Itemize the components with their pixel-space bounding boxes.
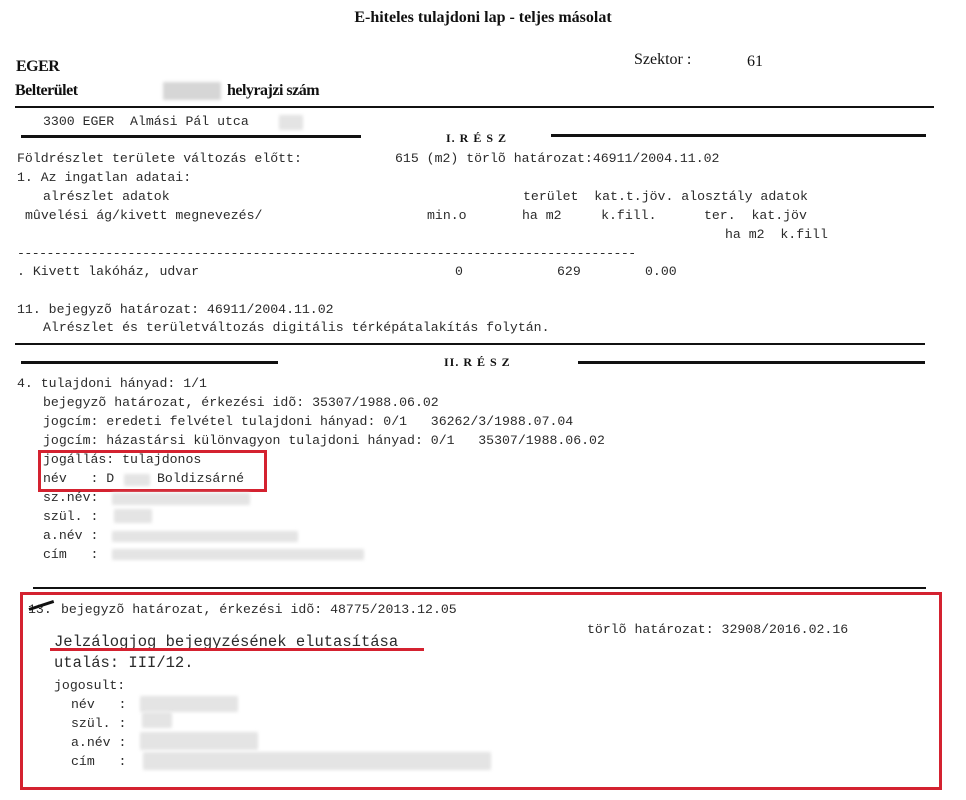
beneficiary-mother-label: a.név : — [71, 735, 126, 750]
row-k-fill: 0.00 — [645, 264, 677, 279]
heading-underline — [50, 648, 424, 651]
part1-title: I. R É S Z — [446, 131, 507, 146]
part1-rule-left — [21, 135, 361, 138]
part1-entry-line: 11. bejegyzõ határozat: 46911/2004.11.02 — [17, 302, 334, 317]
birth-label: szül. : — [43, 509, 98, 524]
beneficiary-label: jogosult: — [54, 678, 125, 693]
part2-title: II. R É S Z — [444, 355, 511, 370]
mortgage-entry: bejegyzõ határozat, érkezési idõ: 48775/… — [61, 602, 457, 617]
legal-title-2: jogcím: házastársi különvagyon tulajdoni… — [43, 433, 605, 448]
part1-bottom-divider — [15, 343, 925, 345]
redacted-house-number — [279, 115, 303, 130]
deletion-resolution: törlõ határozat: 32908/2016.02.16 — [587, 622, 848, 637]
owner-name-value: Boldizsárné — [157, 471, 244, 486]
legal-status: jogállás: tulajdonos — [43, 452, 201, 467]
redacted-mother-name — [112, 531, 298, 542]
beneficiary-name-label: név : — [71, 697, 126, 712]
redacted-beneficiary-address — [143, 752, 491, 770]
row-ha-m2: 629 — [557, 264, 581, 279]
beneficiary-address-label: cím : — [71, 754, 126, 769]
part2-rule-right — [578, 361, 925, 364]
column-header-units-2: ha m2 k.fill — [725, 227, 828, 242]
redacted-parcel-number — [163, 82, 221, 100]
maiden-name-label: sz.név: — [43, 490, 98, 505]
redacted-birth-date — [114, 509, 152, 523]
settlement-name: EGER — [16, 58, 59, 76]
section-heading: 1. Az ingatlan adatai: — [17, 170, 191, 185]
part1-rule-right — [551, 134, 926, 137]
part2-rule-left — [21, 361, 278, 364]
part1-entry-note: Alrészlet és területváltozás digitális t… — [43, 320, 549, 335]
redacted-beneficiary-name — [140, 696, 238, 712]
address-label: cím : — [43, 547, 98, 562]
ownership-entry: bejegyzõ határozat, érkezési idõ: 35307/… — [43, 395, 439, 410]
column-header-subparcel: alrészlet adatok — [43, 189, 170, 204]
ownership-share: 4. tulajdoni hányad: 1/1 — [17, 376, 207, 391]
area-before-label: Földrészlet területe változás előtt: — [17, 151, 302, 166]
redacted-owner-surname — [124, 474, 150, 486]
mother-name-label: a.név : — [43, 528, 98, 543]
row-min-o: 0 — [455, 264, 463, 279]
reference: utalás: III/12. — [54, 654, 194, 672]
redacted-maiden-name — [112, 493, 250, 505]
property-address: 3300 EGER Almási Pál utca — [43, 114, 249, 129]
column-header-units: min.o ha m2 k.fill. ter. kat.jöv — [427, 208, 807, 223]
redacted-beneficiary-mother — [140, 732, 258, 750]
beneficiary-birth-label: szül. : — [71, 716, 126, 731]
legal-title-1: jogcím: eredeti felvétel tulajdoni hánya… — [43, 414, 573, 429]
part2-bottom-divider — [33, 587, 926, 589]
document-title: E-hiteles tulajdoni lap - teljes másolat — [0, 9, 966, 27]
column-header-area: terület kat.t.jöv. alosztály adatok — [523, 189, 808, 204]
owner-name-label: név : D — [43, 471, 114, 486]
redacted-beneficiary-birth — [142, 712, 172, 728]
table-separator: ----------------------------------------… — [17, 246, 636, 261]
parcel-label: helyrajzi szám — [227, 82, 319, 100]
sector-value: 61 — [747, 53, 763, 71]
row-name: . Kivett lakóház, udvar — [17, 264, 199, 279]
redacted-address — [112, 549, 364, 560]
header-divider — [15, 106, 934, 108]
area-before-value: 615 (m2) törlõ határozat:46911/2004.11.0… — [395, 151, 719, 166]
sector-label: Szektor : — [634, 51, 691, 69]
column-header-cultivation: mûvelési ág/kivett megnevezés/ — [25, 208, 262, 223]
area-type: Belterület — [15, 82, 78, 100]
